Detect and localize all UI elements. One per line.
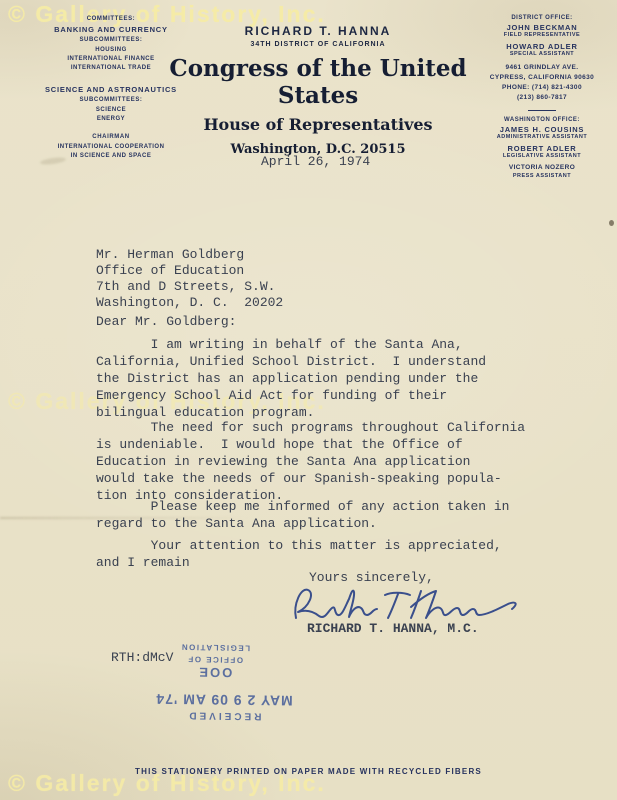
congress-title: Congress of the United States (168, 55, 468, 109)
body-paragraph-1: I am writing in behalf of the Santa Ana,… (96, 336, 486, 421)
handwritten-signature (288, 580, 528, 626)
staff-title-howard-adler: SPECIAL ASSISTANT (472, 51, 612, 57)
body-paragraph-3: Please keep me informed of any action ta… (96, 498, 509, 532)
typed-signature-name: RICHARD T. HANNA, M.C. (307, 621, 479, 636)
staff-name-cousins: JAMES H. COUSINS (472, 125, 612, 134)
staff-name-beckman: JOHN BECKMAN (472, 23, 612, 32)
staff-name-howard-adler: HOWARD ADLER (472, 42, 612, 51)
staff-title-cousins: ADMINISTRATIVE ASSISTANT (472, 134, 612, 140)
district-address-city: CYPRESS, CALIFORNIA 90630 (472, 73, 612, 83)
staff-name-nozero: VICTORIA NOZERO (472, 163, 612, 173)
member-district: 34TH DISTRICT OF CALIFORNIA (168, 41, 468, 48)
district-phone-2: (213) 860-7817 (472, 93, 612, 103)
recycled-paper-notice: THIS STATIONERY PRINTED ON PAPER MADE WI… (0, 767, 617, 776)
district-office-label: DISTRICT OFFICE: (472, 15, 612, 21)
stamp-received-line: RECEIVED (133, 709, 315, 722)
staff-title-beckman: FIELD REPRESENTATIVE (472, 32, 612, 38)
committees-title: COMMITTEES: (26, 16, 196, 22)
received-date-stamp: RECEIVED MAY 2 9 09 AM '74 (133, 691, 315, 722)
staff-title-nozero: PRESS ASSISTANT (472, 173, 612, 179)
member-name: RICHARD T. HANNA (168, 24, 468, 38)
district-address-street: 9461 GRINDLAY AVE. (472, 63, 612, 73)
salutation: Dear Mr. Goldberg: (96, 314, 236, 329)
staff-name-robert-adler: ROBERT ADLER (472, 144, 612, 153)
stamp-legislation-line: LEGISLATION (165, 640, 265, 654)
stamp-received-date: MAY 2 9 09 AM '74 (133, 691, 315, 709)
paper-speck (609, 220, 614, 226)
office-of-legislation-stamp: OOE OFFICE OF LEGISLATION (165, 640, 266, 681)
recipient-address: Mr. Herman Goldberg Office of Education … (96, 247, 283, 311)
staff-title-robert-adler: LEGISLATIVE ASSISTANT (472, 153, 612, 159)
stamp-ooe-line: OOE (165, 664, 265, 681)
masthead: RICHARD T. HANNA 34TH DISTRICT OF CALIFO… (168, 24, 468, 157)
district-phone-1: PHONE: (714) 821-4300 (472, 83, 612, 93)
offices-block: DISTRICT OFFICE: JOHN BECKMAN FIELD REPR… (472, 15, 612, 183)
body-paragraph-2: The need for such programs throughout Ca… (96, 419, 525, 504)
washington-office-label: WASHINGTON OFFICE: (472, 117, 612, 123)
stamp-office-of-line: OFFICE OF (165, 652, 265, 666)
scanned-letter: © Gallery of History, Inc. © Gallery of … (0, 0, 617, 800)
body-paragraph-4: Your attention to this matter is appreci… (96, 537, 502, 571)
letter-date: April 26, 1974 (261, 154, 370, 169)
house-title: House of Representatives (168, 115, 468, 134)
paper-crease (0, 517, 250, 519)
divider (528, 110, 556, 111)
